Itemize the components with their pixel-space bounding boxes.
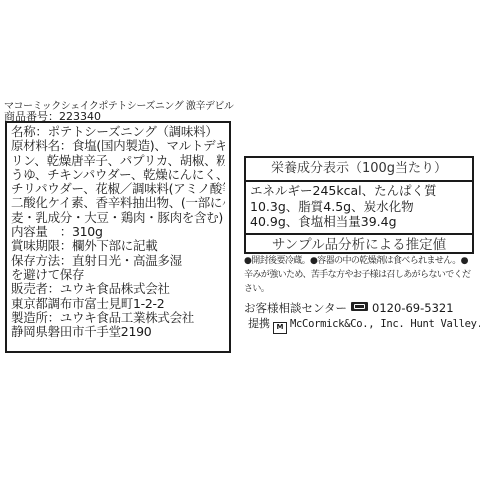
ingredients-label-box: 名称：ポテトシーズニング（調味料） 原材料名：食塩(国内製造)、マルトデキスト … (5, 121, 231, 353)
support-phone: 0120-69-5321 (372, 301, 453, 315)
provider-credit: 提携MMcCormick&Co., Inc. Hunt Valley. (248, 315, 480, 334)
caution-notes: ●開封後要冷蔵。●容器の中の乾燥剤は食べられません。●辛みが強いため、苦手な方や… (244, 254, 476, 296)
nutrition-title: 栄養成分表示（100g当たり） (246, 158, 472, 182)
label-row-ingredients-cont: 二酸化ケイ素、香辛料抽出物、(一部に小 (11, 196, 225, 210)
label-row-storage: 保存方法：直射日光・高温多湿 (11, 254, 225, 268)
label-row-storage-cont: を避けて保存 (11, 268, 225, 282)
nutrition-line: 40.9g、食塩相当量39.4g (250, 214, 468, 230)
label-row-net-weight: 内容量 ：310g (11, 225, 225, 239)
nutrition-line: エネルギー245kcal、たんぱく質 (250, 183, 468, 199)
label-row-seller: 販売者：ユウキ食品株式会社 (11, 282, 225, 296)
label-row-best-before: 賞味期限：欄外下部に記載 (11, 239, 225, 253)
provider-label: 提携 (248, 317, 270, 330)
label-row-ingredients-cont: リン、乾燥唐辛子、パプリカ、胡椒、粉末しょ (11, 154, 225, 168)
nutrition-line: 10.3g、脂質4.5g、炭水化物 (250, 199, 468, 215)
provider-company: McCormick&Co., Inc. Hunt Valley. (290, 318, 480, 330)
label-row-manufacturer: 製造所：ユウキ食品工業株式会社 (11, 311, 225, 325)
support-label: お客様相談センター (244, 301, 347, 315)
label-row-ingredients-cont: チリパウダー、花椒／調味料(アミノ酸等)、微粒 (11, 182, 225, 196)
label-row-ingredients-cont: うゆ、チキンパウダー、乾燥にんにく、 (11, 168, 225, 182)
free-dial-icon (351, 302, 368, 311)
label-row-manufacturer-address: 静岡県磐田市千手堂2190 (11, 325, 225, 339)
mccormick-logo-icon: M (273, 322, 287, 334)
nutrition-facts-box: 栄養成分表示（100g当たり） エネルギー245kcal、たんぱく質 10.3g… (244, 156, 474, 254)
customer-support: お客様相談センター0120-69-5321 (244, 300, 454, 316)
nutrition-footnote: サンプル品分析による推定値 (246, 235, 472, 256)
label-row-name: 名称：ポテトシーズニング（調味料） (11, 125, 225, 139)
label-row-seller-address: 東京都調布市富士見町1-2-2 (11, 297, 225, 311)
label-row-ingredients: 原材料名：食塩(国内製造)、マルトデキスト (11, 139, 225, 153)
label-row-allergens: 麦・乳成分・大豆・鶏肉・豚肉を含む) (11, 211, 225, 225)
nutrition-values: エネルギー245kcal、たんぱく質 10.3g、脂質4.5g、炭水化物 40.… (246, 182, 472, 235)
